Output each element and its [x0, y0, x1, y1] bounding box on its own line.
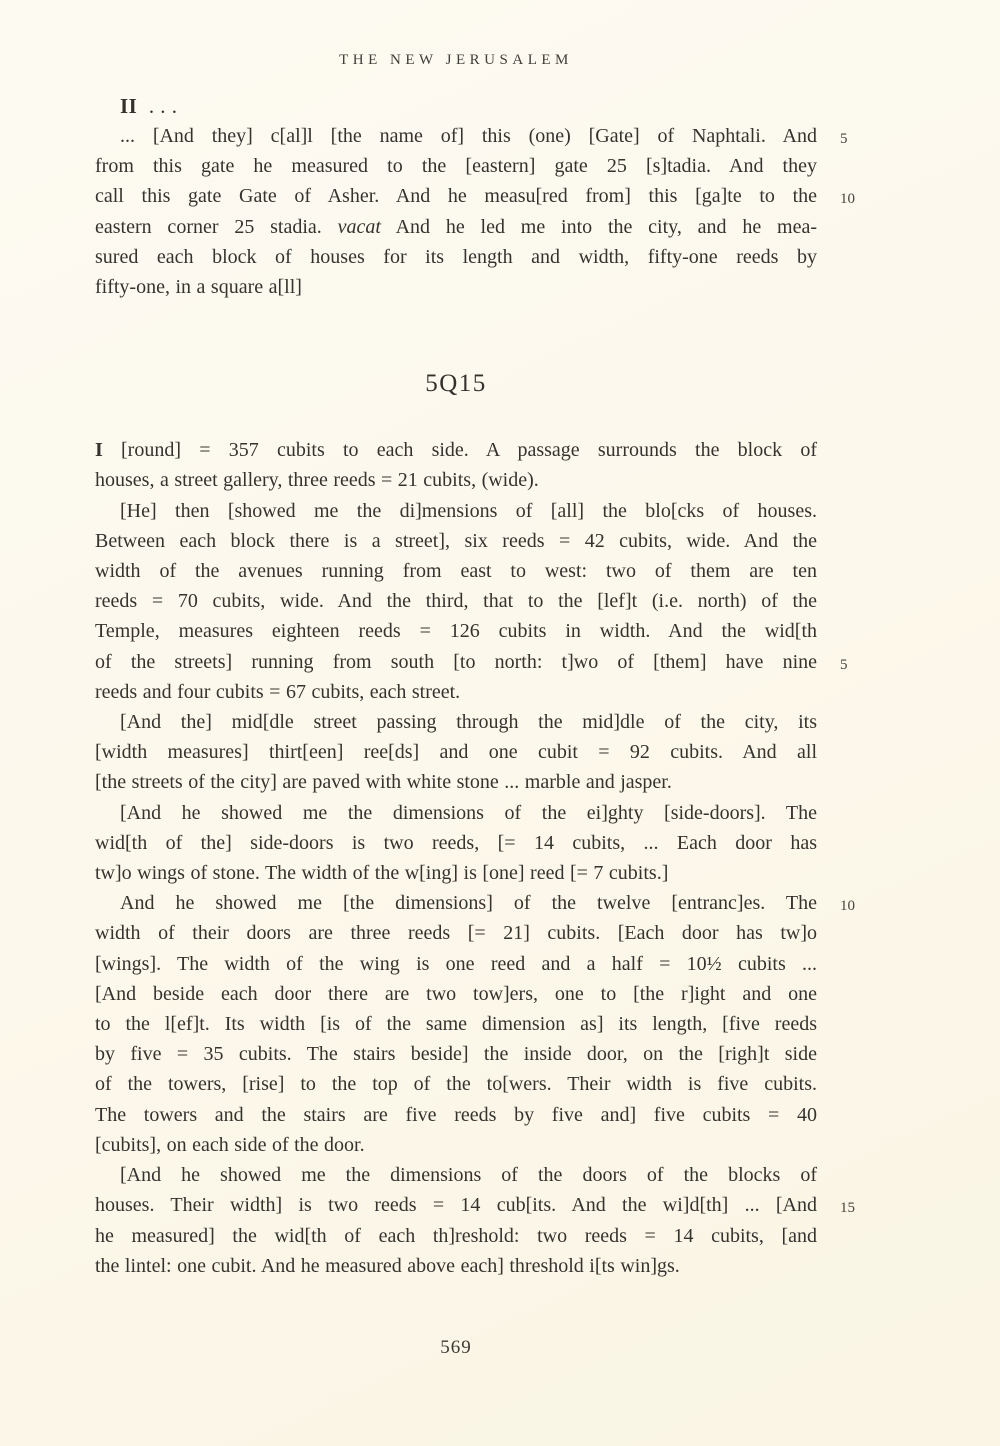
margin-line-number: 10 — [840, 891, 855, 921]
text-line: [width measures] thirt[een] ree[ds] and … — [95, 737, 817, 767]
scroll-id-heading: 5Q15 — [95, 369, 817, 399]
text-line: tw]o wings of stone. The width of the w[… — [95, 858, 817, 888]
text-line: he measured] the wid[th of each th]resho… — [95, 1221, 817, 1251]
page-number: 569 — [95, 1337, 817, 1359]
text-line: width of the avenues running from east t… — [95, 556, 817, 586]
text-line: [And he showed me the dimensions of the … — [95, 1160, 817, 1190]
text-line: [And he showed me the dimensions of the … — [95, 798, 817, 828]
text-line: by five = 35 cubits. The stairs beside] … — [95, 1039, 817, 1069]
margin-line-number: 15 — [840, 1193, 855, 1223]
text-line: reeds = 70 cubits, wide. And the third, … — [95, 586, 817, 616]
text-line: width of their doors are three reeds [= … — [95, 918, 817, 948]
text-line: eastern corner 25 stadia. vacat And he l… — [95, 212, 817, 242]
margin-line-number: 5 — [840, 124, 848, 154]
text-line: to the l[ef]t. Its width [is of the same… — [95, 1009, 817, 1039]
text-line: ... [And they] c[al]l [the name of] this… — [95, 121, 817, 151]
text-line: sured each block of houses for its lengt… — [95, 242, 817, 272]
text-line: houses, a street gallery, three reeds = … — [95, 465, 817, 495]
text-line: wid[th of the] side-doors is two reeds, … — [95, 828, 817, 858]
section-i-text: I [round] = 357 cubits to each side. A p… — [95, 435, 817, 1281]
text-line: The towers and the stairs are five reeds… — [95, 1100, 817, 1130]
text-line: I [round] = 357 cubits to each side. A p… — [95, 435, 817, 465]
text-line: [And beside each door there are two tow]… — [95, 979, 817, 1009]
text-line: fifty-one, in a square a[ll] — [95, 272, 817, 302]
running-head: THE NEW JERUSALEM — [95, 52, 817, 68]
text-line: [cubits], on each side of the door. — [95, 1130, 817, 1160]
margin-line-number: 10 — [840, 184, 855, 214]
text-line: Between each block there is a street], s… — [95, 526, 817, 556]
text-line: And he showed me [the dimensions] of the… — [95, 888, 817, 918]
text-line: [the streets of the city] are paved with… — [95, 767, 817, 797]
text-line: of the towers, [rise] to the top of the … — [95, 1069, 817, 1099]
margin-line-number: 5 — [840, 650, 848, 680]
text-line: the lintel: one cubit. And he measured a… — [95, 1251, 817, 1281]
text-line: [And the] mid[dle street passing through… — [95, 707, 817, 737]
text-line: from this gate he measured to the [easte… — [95, 151, 817, 181]
text-line: houses. Their width] is two reeds = 14 c… — [95, 1190, 817, 1220]
text-line: call this gate Gate of Asher. And he mea… — [95, 181, 817, 211]
text-line: [wings]. The width of the wing is one re… — [95, 949, 817, 979]
text-line: reeds and four cubits = 67 cubits, each … — [95, 677, 817, 707]
text-line: of the streets] running from south [to n… — [95, 647, 817, 677]
book-page: THE NEW JERUSALEM II . . . ... [And they… — [0, 0, 1000, 1446]
section-ii-text: ... [And they] c[al]l [the name of] this… — [95, 121, 817, 302]
text-line: [He] then [showed me the di]mensions of … — [95, 496, 817, 526]
text-line: Temple, measures eighteen reeds = 126 cu… — [95, 616, 817, 646]
section-ii-heading: II . . . — [95, 91, 817, 121]
